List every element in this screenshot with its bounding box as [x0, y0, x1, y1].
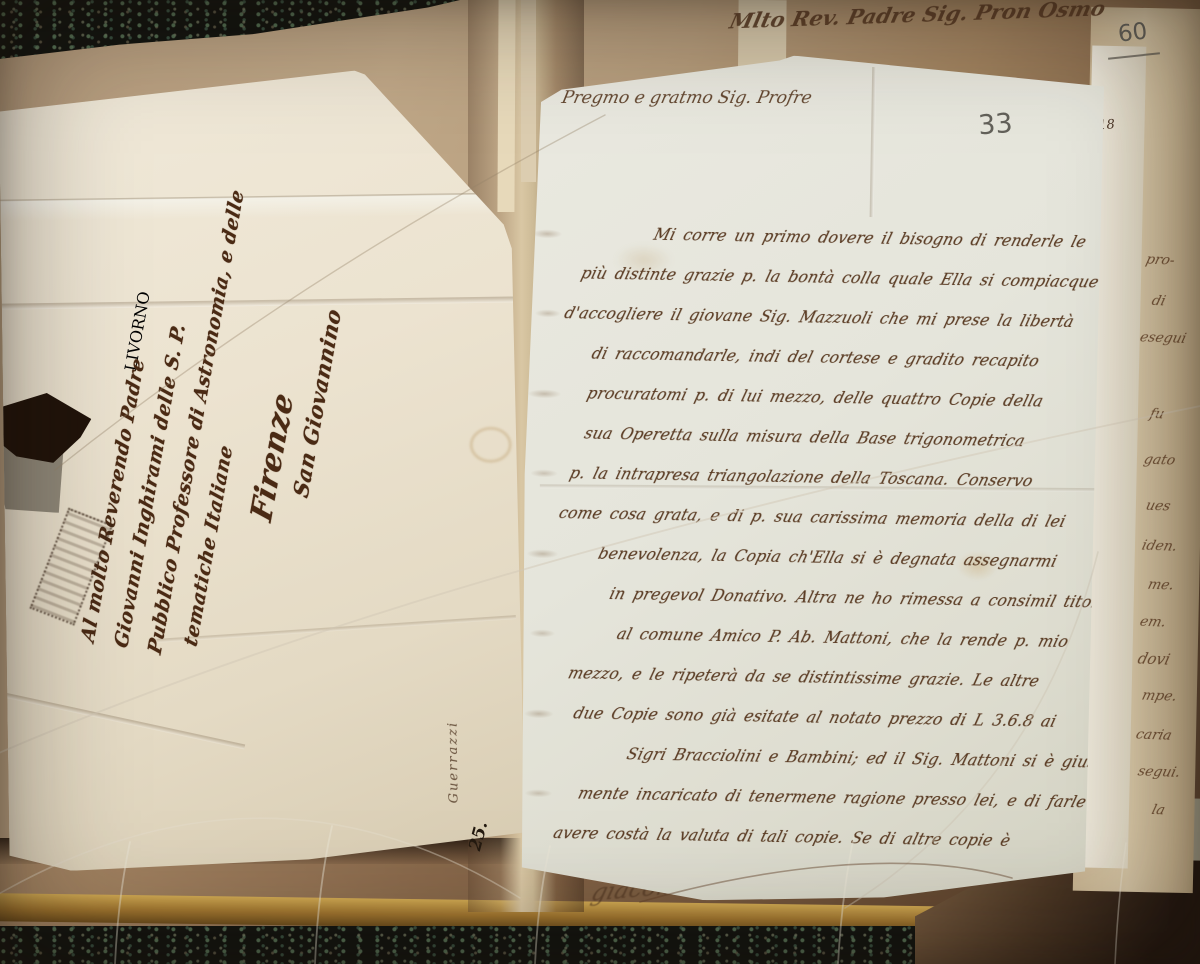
edge-fragment: esegui	[1138, 329, 1188, 347]
ink-bleed-mark	[527, 549, 559, 559]
body-line: avere costà la valuta di tali copie. Se …	[551, 823, 1012, 850]
ink-bleed-mark	[530, 469, 558, 477]
edge-fragment: iden.	[1140, 537, 1179, 554]
edge-fragment: em.	[1138, 614, 1168, 631]
ink-bleed-mark	[524, 709, 554, 719]
edge-fragment: gato	[1142, 451, 1177, 468]
ink-bleed-mark	[529, 629, 555, 637]
ink-bleed-mark	[524, 789, 552, 797]
edge-fragment: dovi	[1136, 649, 1172, 668]
salutation: Pregmo e gratmo Sig. Profre	[560, 88, 814, 108]
body-line: d'accogliere il giovane Sig. Mazzuoli ch…	[562, 303, 1076, 331]
left-letter-page: LIVORNO Al molto Reverendo Padre Giovann…	[0, 64, 526, 871]
edge-fragment: mpe.	[1140, 687, 1179, 704]
body-line: al comune Amico P. Ab. Mattoni, che la r…	[615, 624, 1071, 651]
ink-bleed-mark	[535, 309, 561, 317]
edge-fragment: caria	[1134, 726, 1173, 743]
ink-bleed-mark	[532, 229, 562, 239]
body-line: in pregevol Donativo. Altra ne ho rimess…	[607, 584, 1108, 612]
body-line: Mi corre un primo dovere il bisogno di r…	[652, 225, 1089, 252]
body-line: più distinte grazie p. la bontà colla qu…	[579, 263, 1101, 291]
pencil-60: 60	[1117, 18, 1149, 47]
edge-fragment: ues	[1144, 498, 1172, 515]
stain-ring	[469, 427, 511, 464]
body-line: procuratomi p. di lui mezzo, delle quatt…	[585, 384, 1046, 411]
edge-fragment: segui.	[1136, 763, 1182, 780]
archival-photo: Mlto Rev. Padre Sig. Pron Osmo 60 318 LI…	[0, 0, 1200, 964]
body-line: di raccomandarle, indi del cortese e gra…	[590, 344, 1042, 371]
edge-fragment: pro-	[1144, 252, 1177, 269]
body-line: come cosa grata, e di p. sua carissima m…	[557, 503, 1068, 531]
body-line: Sigri Bracciolini e Bambini; ed il Sig. …	[625, 744, 1120, 772]
body-line: benevolenza, la Copia ch'Ella si è degna…	[596, 544, 1059, 571]
ink-bleed-mark	[527, 389, 561, 399]
cover-top-left	[0, 0, 460, 62]
body-line: sua Operetta sulla misura della Base tri…	[582, 424, 1027, 451]
edge-fragment: me.	[1146, 577, 1176, 594]
fold-annotation: Guerrazzi	[444, 593, 462, 803]
sheet-edge-highlight	[0, 192, 516, 221]
address-block: Al molto Reverendo Padre Giovanni Inghir…	[71, 245, 437, 692]
right-letter-page: Pregmo e gratmo Sig. Profre 33 Mi corre …	[513, 51, 1108, 907]
pencil-33: 33	[977, 108, 1013, 141]
fold-crease	[870, 67, 877, 217]
body-line: mente incaricato di tenermene ragione pr…	[576, 784, 1089, 812]
body-line: mezzo, e le ripeterà da se distintissime…	[566, 663, 1042, 690]
body-line: due Copie sono già esitate al notato pre…	[571, 703, 1058, 730]
seal-tear-hole	[0, 392, 92, 463]
fold-crease	[0, 692, 245, 750]
body-line: p. la intrapresa triangolazione della To…	[568, 463, 1036, 490]
guard-strip	[521, 0, 536, 182]
guard-strip	[497, 0, 515, 212]
